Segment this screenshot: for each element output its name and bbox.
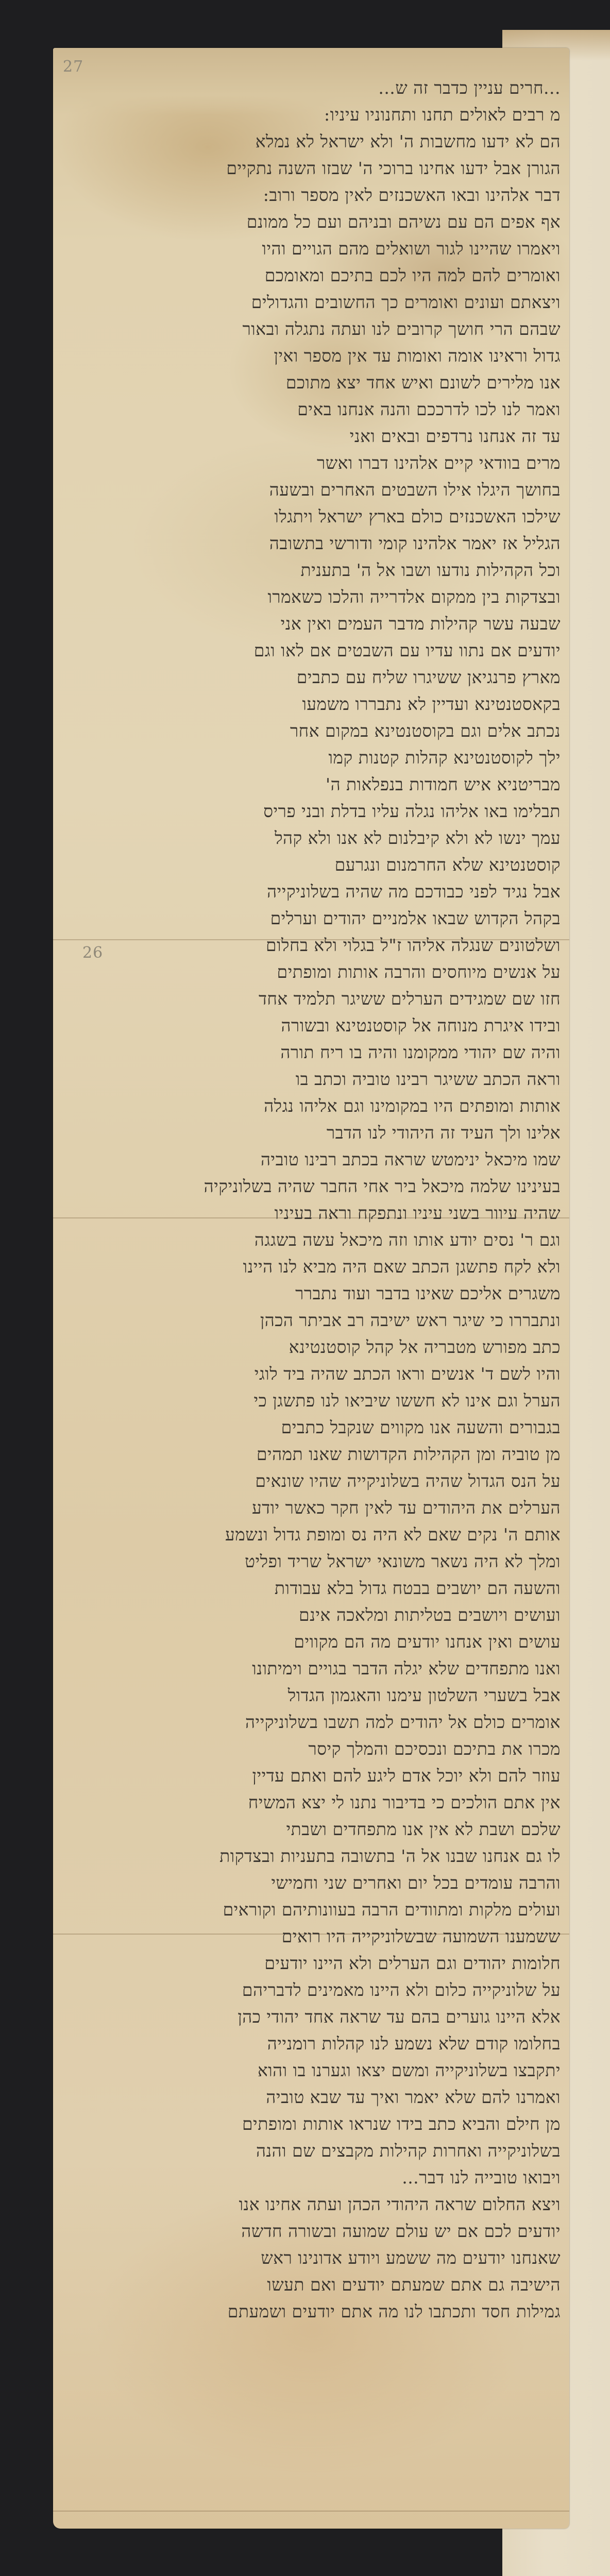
text-line: אף אפים הם עם נשיהם ובניהם ועם כל ממונם [63, 209, 561, 235]
text-line: אותות ומופתים היו במקומינו וגם אליהו נגל… [63, 1093, 561, 1120]
text-line: מ רבים לאולים תחנו ותחנוניו עיניו: [63, 101, 561, 128]
text-line: בקהל הקדוש שבאו אלמניים יהודים וערלים [63, 905, 561, 932]
text-line: מכרו את בתיכם ונכסיכם והמלך קיסר [63, 1736, 561, 1762]
text-line: בחושך היגלו אילו השבטים האחרים ובשעה [63, 477, 561, 503]
fold-line [53, 2511, 569, 2512]
text-line: ולא לקח פתשגן הכתב שאם היה מביא לנו היינ… [63, 1253, 561, 1280]
text-line: בקאסטנטינא ועדיין לא נתבררו משמעו [63, 691, 561, 718]
text-line: ואנו מתפחדים שלא יגלה הדבר בגויים וימיתו… [63, 1655, 561, 1682]
text-line: דבר אלהינו ובאו האשכנזים לאין מספר ורוב: [63, 182, 561, 209]
text-line: ויצאתם ועונים ואומרים כך החשובים והגדולי… [63, 289, 561, 316]
text-line: וכל הקהילות נודעו ושבו אל ה' בתענית [63, 557, 561, 584]
text-line: שלכם ושבת לא אין אנו מתפחדים ושבתי [63, 1816, 561, 1843]
text-line: בשלוניקייה ואחרות קהילות מקבצים שם והנה [63, 2138, 561, 2164]
text-line: תבלימו באו אליהו נגלה עליו בדלת ובני פרי… [63, 798, 561, 825]
text-line: וראה הכתב ששיגר רבינו טוביה וכתב בו [63, 1066, 561, 1093]
text-line: שהיה עיוור בשני עיניו ונתפקח וראה בעיניו [63, 1200, 561, 1227]
text-line: שילכו האשכנזים כולם בארץ ישראל ויתגלו [63, 503, 561, 530]
text-line: ויצא החלום שראה היהודי הכהן ועתה אחינו א… [63, 2191, 561, 2218]
text-line: הישיבה גם אתם שמעתם יודעים ואם תעשו [63, 2272, 561, 2298]
text-line: ...חרים עניין כדבר זה ש... [63, 75, 561, 101]
text-line: בחלומו קודם שלא נשמע לנו קהלות רומנייה [63, 2030, 561, 2057]
text-line: והשעה הם יושבים בבטח גדול בלא עבודות [63, 1575, 561, 1602]
text-line: אומרים כולם אל יהודים למה תשבו בשלוניקיי… [63, 1709, 561, 1736]
text-line: ועושים ויושבים בטליתות ומלאכה אינם [63, 1602, 561, 1629]
text-line: והיה שם יהודי ממקומנו והיה בו ריח תורה [63, 1039, 561, 1066]
text-line: לו גם אנחנו שבנו אל ה' בתשובה בתעניות וב… [63, 1843, 561, 1870]
text-line: והיו לשם ד' אנשים וראו הכתב שהיה ביד לוג… [63, 1361, 561, 1387]
text-line: אבל בשערי השלטון עימנו והאגמון הגדול [63, 1682, 561, 1709]
text-line: ואומרים להם למה היו לכם בתיכם ומאומכם [63, 262, 561, 289]
text-line: מבריטניא איש חמודות בנפלאות ה' [63, 771, 561, 798]
text-line: הערלים את היהודים עד לאין חקר כאשר יודע [63, 1495, 561, 1521]
text-line: ונתבררו כי שיגר ראש ישיבה רב אביתר הכהן [63, 1307, 561, 1334]
text-line: בגבורים והשעה אנו מקווים שנקבל כתבים [63, 1414, 561, 1441]
text-line: עמך ינשו לא ולא קיבלנום לא אנו ולא קהל [63, 825, 561, 852]
text-line: חזו שם שמגידים הערלים ששיגר תלמיד אחד [63, 986, 561, 1012]
text-line: והרבה עומדים בכל יום ואחרים שני וחמישי [63, 1870, 561, 1896]
text-line: ובידו איגרת מנוחה אל קוסטנטינא ובשורה [63, 1012, 561, 1039]
text-line: ובצדקות בין ממקום אלדרייה והלכו כשאמרו [63, 584, 561, 611]
text-line: מן חילם והביא כתב בידו שנראו אותות ומופת… [63, 2111, 561, 2138]
manuscript-text: ...חרים עניין כדבר זה ש...מ רבים לאולים … [63, 75, 561, 2325]
text-line: אבל נגיד לפני כבודכם מה שהיה בשלוניקייה [63, 878, 561, 905]
text-line: ואמר לנו לכו לדרככם והנה אנחנו באים [63, 396, 561, 423]
text-line: על הנס הגדול שהיה בשלוניקייה שהיו שונאים [63, 1468, 561, 1495]
text-line: על שלוניקייה כלום ולא היינו מאמינים לדבר… [63, 1977, 561, 2004]
text-line: אלא היינו גוערים בהם עד שראה אחד יהודי כ… [63, 2004, 561, 2030]
text-line: אין אתם הולכים כי בדיבור נתנו לי יצא המש… [63, 1789, 561, 1816]
text-line: שמו מיכאל ינימטש שראה בכתב רבינו טוביה [63, 1146, 561, 1173]
text-line: גדול וראינו אומה ואומות עד אין מספר ואין [63, 343, 561, 369]
text-line: עושים ואין אנחנו יודעים מה הם מקווים [63, 1629, 561, 1655]
text-line: ומלך לא היה נשאר משונאי ישראל שריד ופליט [63, 1548, 561, 1575]
text-line: נכתב אלים וגם בקוסטנטינא במקום אחר [63, 718, 561, 744]
text-line: הערל וגם אינו לא חששו שיביאו לנו פתשגן כ… [63, 1387, 561, 1414]
text-line: ועולים מלקות ומתוודים הרבה בעוונותיהם וק… [63, 1896, 561, 1923]
text-line: גמילות חסד ותכתבו לנו מה אתם יודעים ושמע… [63, 2298, 561, 2325]
text-line: כתב מפורש מטבריה אל קהל קוסטנטינא [63, 1334, 561, 1361]
text-line: שבהם הרי חושך קרובים לנו ועתה נתגלה ובאו… [63, 316, 561, 343]
text-line: הם לא ידעו מחשבות ה' ולא ישראל לא נמלא [63, 128, 561, 155]
text-line: מן טוביה ומן הקהילות הקדושות שאנו תמהים [63, 1441, 561, 1468]
text-line: הגליל אז יאמר אלהינו קומי ודורשי בתשובה [63, 530, 561, 557]
text-line: הגורן אבל ידעו אחינו ברוכי ה' שבזו השנה … [63, 155, 561, 182]
text-line: על אנשים מיוחסים והרבה אותות ומופתים [63, 959, 561, 986]
text-line: אנו מלירים לשונם ואיש אחד יצא מתוכם [63, 369, 561, 396]
text-line: יודעים לכם אם יש עולם שמועה ובשורה חדשה [63, 2218, 561, 2245]
text-line: עוזר להם ולא יוכל אדם ליגע להם ואתם עדיי… [63, 1762, 561, 1789]
text-line: יתקבצו בשלוניקייה ומשם יצאו וגערנו בו וה… [63, 2057, 561, 2084]
text-line: ושלטונים שנגלה אליהו ז"ל בגלוי ולא בחלום [63, 932, 561, 959]
text-line: שבעה עשר קהילות מדבר העמים ואין אני [63, 611, 561, 637]
text-line: אותם ה' נקים שאם לא היה נס ומופת גדול ונ… [63, 1521, 561, 1548]
text-line: קוסטנטינא שלא החרמנום ונגרעם [63, 852, 561, 878]
folio-number-top: 27 [63, 58, 83, 76]
text-line: בעינינו שלמה מיכאל ביר אחי החבר שהיה בשל… [63, 1173, 561, 1200]
text-line: אלינו ולך העיד זה היהודי לנו הדבר [63, 1120, 561, 1146]
text-line: ויבואו טובייה לנו דבר... [63, 2164, 561, 2191]
text-line: ויאמרו שהיינו לגור ושואלים מהם הגויים וה… [63, 235, 561, 262]
text-line: מארץ פרנגיאן ששיגרו שליח עם כתבים [63, 664, 561, 691]
text-line: ששמענו השמועה שבשלוניקייה היו רואים [63, 1923, 561, 1950]
text-line: שאנחנו יודעים מה ששמע ויודע אדונינו ראש [63, 2245, 561, 2272]
text-line: חלומות יהודים וגם הערלים ולא היינו יודעי… [63, 1950, 561, 1977]
text-line: ואמרנו להם שלא יאמר ואיך עד שבא טוביה [63, 2084, 561, 2111]
text-line: משגרים אליכם שאינו בדבר ועוד נתברר [63, 1280, 561, 1307]
text-line: וגם ר' נסים יודע אותו וזה מיכאל עשה בשגג… [63, 1227, 561, 1253]
text-line: עד זה אנחנו נרדפים ובאים ואני [63, 423, 561, 450]
text-line: יודעים אם נתוו עדיו עם השבטים אם לאו וגם [63, 637, 561, 664]
text-line: מרים בוודאי קיים אלהינו דברו ואשר [63, 450, 561, 477]
text-line: ילך לקוסטנטינא קהלות קטנות קמו [63, 744, 561, 771]
